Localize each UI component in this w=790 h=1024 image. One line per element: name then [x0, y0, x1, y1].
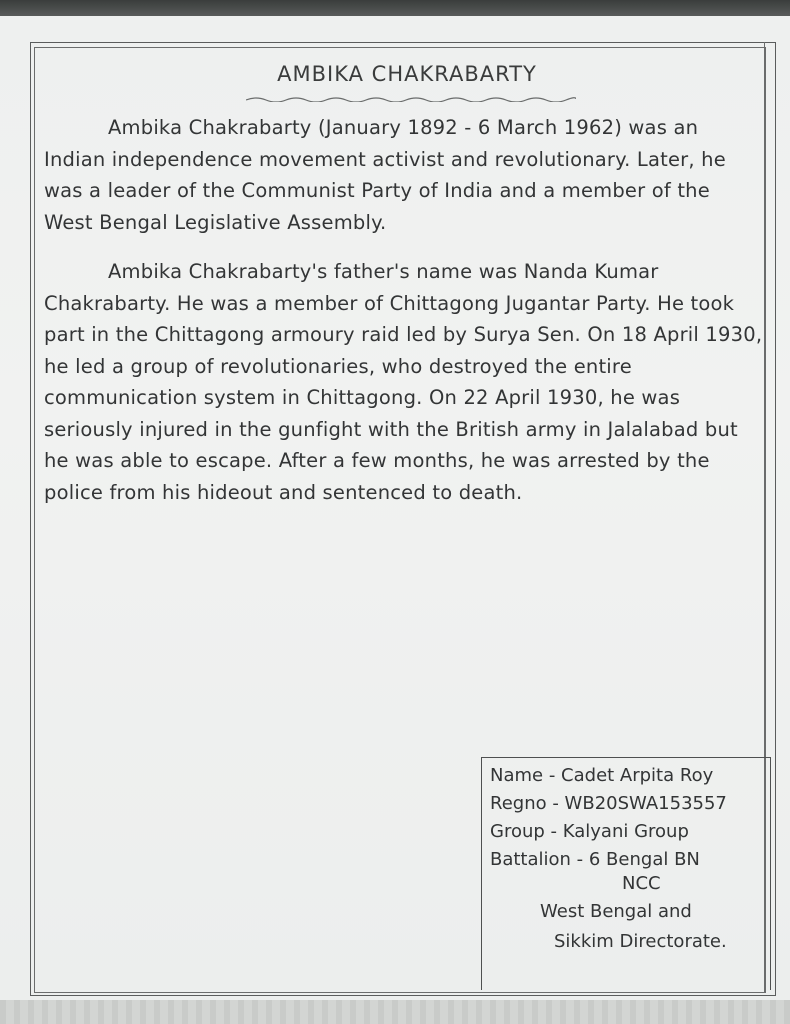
signature-block: Name - Cadet Arpita Roy Regno - WB20SWA1… [481, 757, 771, 990]
ncc-label: NCC [622, 870, 661, 898]
registration-number: Regno - WB20SWA153557 [490, 790, 727, 818]
title-wavy-underline [246, 96, 576, 102]
cadet-name: Name - Cadet Arpita Roy [490, 762, 713, 790]
directorate-line-1: West Bengal and [540, 898, 692, 926]
page-title: AMBIKA CHAKRABARTY [12, 62, 790, 86]
table-surface [0, 1000, 790, 1024]
paragraph-biography: Ambika Chakrabarty's father's name was N… [44, 256, 764, 508]
paragraph-intro: Ambika Chakrabarty (January 1892 - 6 Mar… [44, 112, 764, 238]
directorate-line-2: Sikkim Directorate. [554, 928, 727, 956]
group-name: Group - Kalyani Group [490, 818, 689, 846]
essay-body: Ambika Chakrabarty (January 1892 - 6 Mar… [44, 112, 764, 508]
battalion-name: Battalion - 6 Bengal BN [490, 846, 700, 874]
